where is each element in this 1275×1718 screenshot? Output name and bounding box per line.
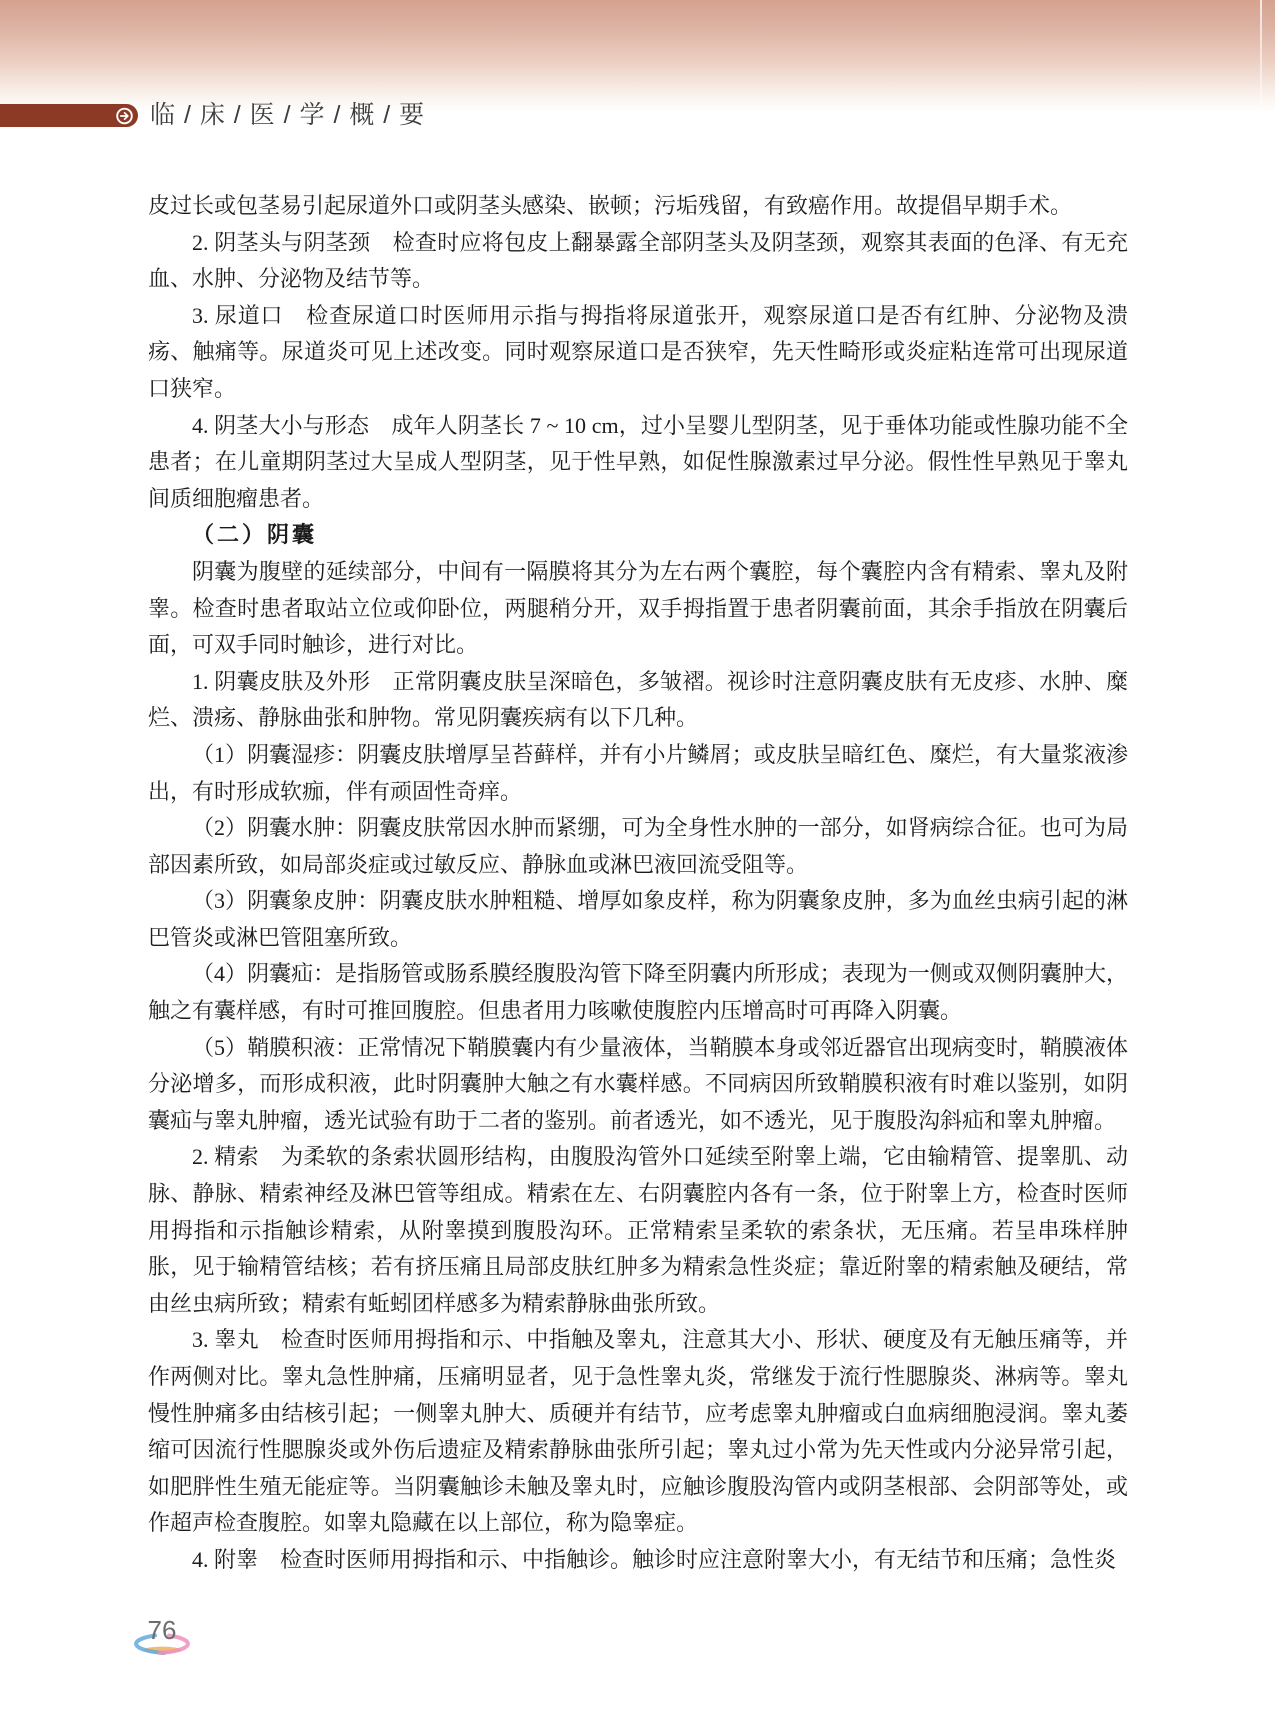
page: 临 / 床 / 医 / 学 / 概 / 要 皮过长或包茎易引起尿道外口或阴茎头感…: [0, 0, 1275, 1718]
section-heading: （二）阴囊: [148, 517, 1128, 554]
paragraph: 3. 睾丸 检查时医师用拇指和示、中指触及睾丸，注意其大小、形状、硬度及有无触压…: [148, 1322, 1128, 1542]
paragraph: 皮过长或包茎易引起尿道外口或阴茎头感染、嵌顿；污垢残留，有致癌作用。故提倡早期手…: [148, 188, 1128, 225]
chapter-tab-bar: [0, 104, 138, 127]
circled-right-arrow-icon: [116, 107, 133, 124]
paragraph: （5）鞘膜积液：正常情况下鞘膜囊内有少量液体，当鞘膜本身或邻近器官出现病变时，鞘…: [148, 1030, 1128, 1140]
paragraph: （4）阴囊疝：是指肠管或肠系膜经腹股沟管下降至阴囊内所形成；表现为一侧或双侧阴囊…: [148, 956, 1128, 1029]
page-number-block: 76: [120, 1616, 204, 1656]
page-edge-line: [1260, 0, 1262, 215]
paragraph: 阴囊为腹壁的延续部分，中间有一隔膜将其分为左右两个囊腔，每个囊腔内含有精索、睾丸…: [148, 554, 1128, 664]
header-gradient: [0, 0, 1275, 112]
paragraph: 3. 尿道口 检查尿道口时医师用示指与拇指将尿道张开，观察尿道口是否有红肿、分泌…: [148, 298, 1128, 408]
page-number: 76: [120, 1616, 204, 1644]
body-text: 皮过长或包茎易引起尿道外口或阴茎头感染、嵌顿；污垢残留，有致癌作用。故提倡早期手…: [148, 188, 1128, 1579]
paragraph: 4. 阴茎大小与形态 成年人阴茎长 7 ~ 10 cm，过小呈婴儿型阴茎，见于垂…: [148, 408, 1128, 518]
paragraph: 1. 阴囊皮肤及外形 正常阴囊皮肤呈深暗色，多皱褶。视诊时注意阴囊皮肤有无皮疹、…: [148, 664, 1128, 737]
paragraph: （1）阴囊湿疹：阴囊皮肤增厚呈苔藓样，并有小片鳞屑；或皮肤呈暗红色、糜烂，有大量…: [148, 737, 1128, 810]
paragraph: 4. 附睾 检查时医师用拇指和示、中指触诊。触诊时应注意附睾大小，有无结节和压痛…: [148, 1542, 1128, 1579]
paragraph: 2. 精索 为柔软的条索状圆形结构，由腹股沟管外口延续至附睾上端，它由输精管、提…: [148, 1139, 1128, 1322]
paragraph: （3）阴囊象皮肿：阴囊皮肤水肿粗糙、增厚如象皮样，称为阴囊象皮肿，多为血丝虫病引…: [148, 883, 1128, 956]
paragraph: （2）阴囊水肿：阴囊皮肤常因水肿而紧绷，可为全身性水肿的一部分，如肾病综合征。也…: [148, 810, 1128, 883]
paragraph: 2. 阴茎头与阴茎颈 检查时应将包皮上翻暴露全部阴茎头及阴茎颈，观察其表面的色泽…: [148, 225, 1128, 298]
book-title: 临 / 床 / 医 / 学 / 概 / 要: [150, 102, 425, 129]
